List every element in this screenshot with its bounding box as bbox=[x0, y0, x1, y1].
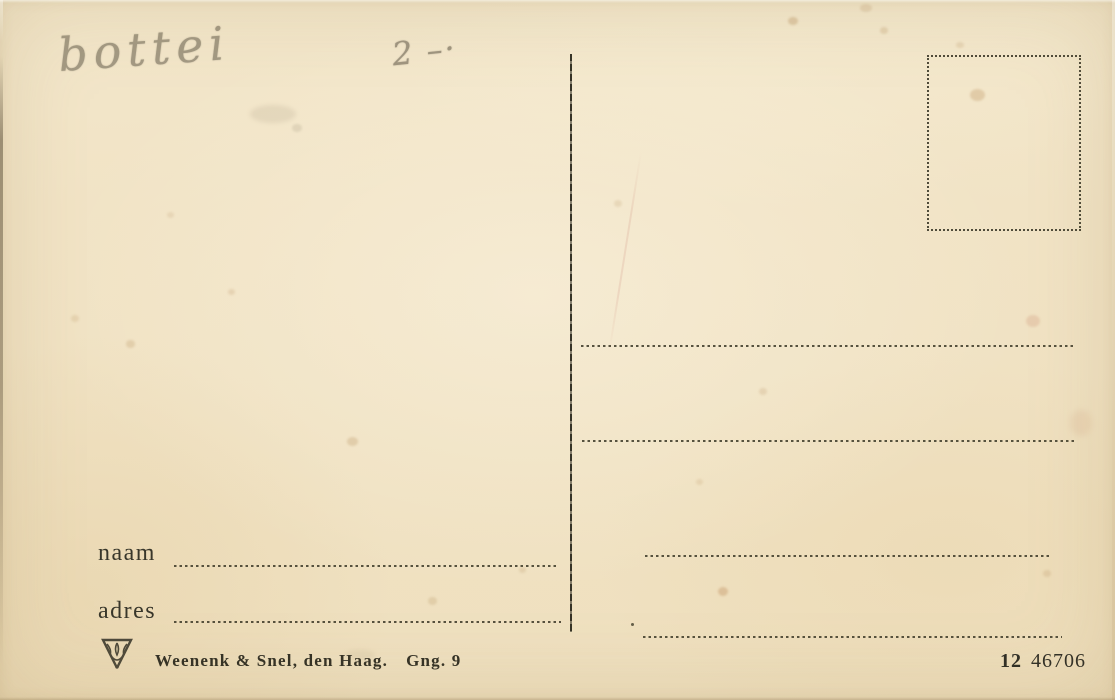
publisher-logo-icon bbox=[101, 637, 133, 671]
recipient-line-2 bbox=[582, 440, 1077, 442]
name-label: naam bbox=[98, 540, 156, 567]
recipient-line-3 bbox=[645, 555, 1050, 557]
paper-crease bbox=[608, 151, 642, 354]
address-label: adres bbox=[98, 598, 156, 625]
ink-speck bbox=[631, 623, 634, 626]
publisher-name: Weenenk & Snel, den Haag. bbox=[155, 651, 388, 670]
recipient-line-4 bbox=[643, 636, 1062, 638]
name-line bbox=[174, 565, 558, 567]
publisher-imprint: Weenenk & Snel, den Haag.Gng. 9 bbox=[155, 651, 461, 671]
card-number-value: 46706 bbox=[1031, 650, 1086, 672]
address-line bbox=[174, 621, 561, 623]
recipient-line-1 bbox=[581, 345, 1076, 347]
card-number-prefix: 12 bbox=[1000, 650, 1022, 672]
edge-highlight-top bbox=[0, 0, 1115, 3]
divider-line bbox=[570, 54, 572, 632]
handwritten-note: bottei bbox=[56, 16, 231, 82]
postcard-back: bottei 2 –· naam adres Weenenk & Snel, d… bbox=[0, 0, 1115, 700]
card-number: 1246706 bbox=[1000, 650, 1086, 673]
stamp-box bbox=[927, 55, 1081, 231]
edge-shadow-left bbox=[0, 0, 3, 700]
series-code: Gng. 9 bbox=[406, 651, 461, 670]
handwritten-price: 2 –· bbox=[390, 29, 458, 74]
